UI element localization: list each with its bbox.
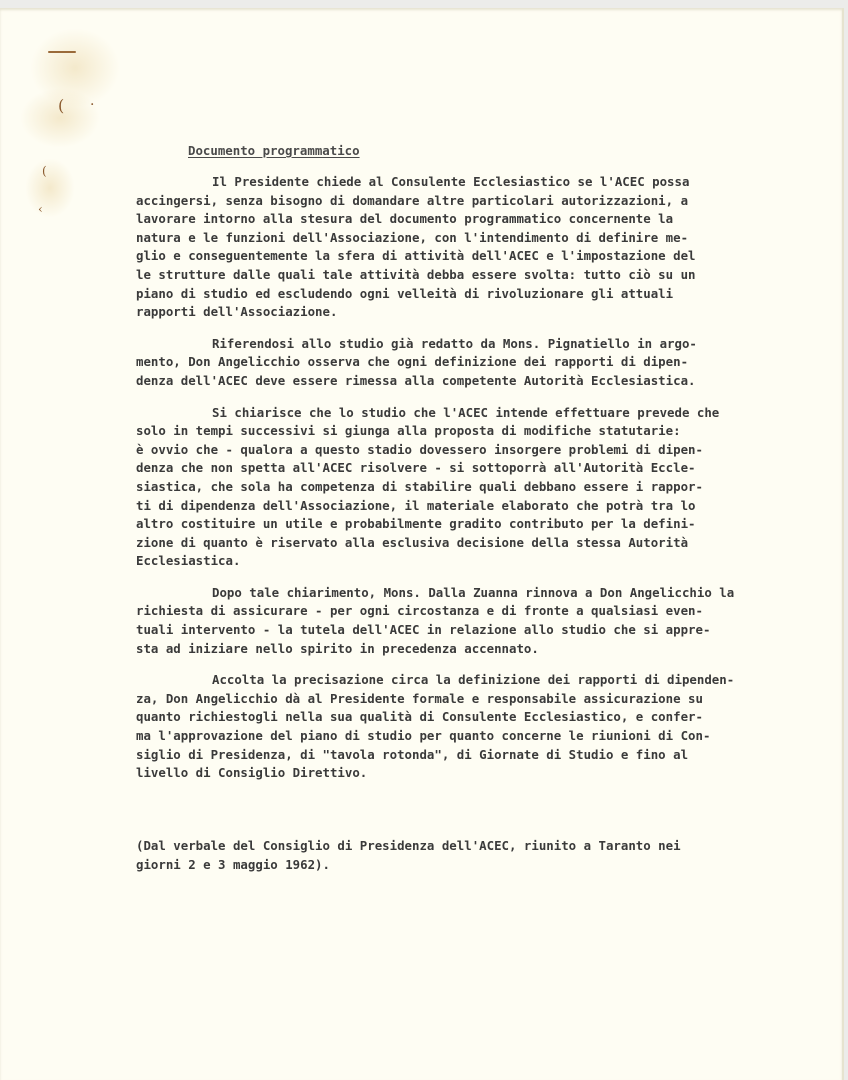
text-line: glio e conseguentemente la sfera di atti… [136, 247, 796, 266]
margin-mark: ‹ [38, 203, 43, 215]
text-line: natura e le funzioni dell'Associazione, … [136, 229, 796, 248]
text-line: zione di quanto è riservato alla esclusi… [136, 534, 796, 553]
text-line: giorni 2 e 3 maggio 1962). [136, 856, 796, 875]
text-line: siglio di Presidenza, di "tavola rotonda… [136, 746, 796, 765]
text-line: accingersi, senza bisogno di domandare a… [136, 192, 796, 211]
text-line: tuali intervento - la tutela dell'ACEC i… [136, 621, 796, 640]
text-line: richiesta di assicurare - per ogni circo… [136, 602, 796, 621]
text-line: rapporti dell'Associazione. [136, 303, 796, 322]
text-line: piano di studio ed escludendo ogni velle… [136, 285, 796, 304]
paragraph-1: Il Presidente chiede al Consulente Eccle… [136, 173, 796, 322]
text-line: siastica, che sola ha competenza di stab… [136, 478, 796, 497]
text-line: ma l'approvazione del piano di studio pe… [136, 727, 796, 746]
text-line: za, Don Angelicchio dà al Presidente for… [136, 690, 796, 709]
text-line: Ecclesiastica. [136, 552, 796, 571]
text-line: sta ad iniziare nello spirito in precede… [136, 640, 796, 659]
document-title: Documento programmatico [188, 141, 796, 160]
text-line: Accolta la precisazione circa la definiz… [136, 671, 796, 690]
text-line: (Dal verbale del Consiglio di Presidenza… [136, 837, 796, 856]
text-line: ti di dipendenza dell'Associazione, il m… [136, 497, 796, 516]
text-line: è ovvio che - qualora a questo stadio do… [136, 441, 796, 460]
source-note: (Dal verbale del Consiglio di Presidenza… [136, 837, 796, 874]
margin-mark: ( [42, 165, 47, 177]
text-line: lavorare intorno alla stesura del docume… [136, 210, 796, 229]
paragraph-4: Dopo tale chiarimento, Mons. Dalla Zuann… [136, 584, 796, 658]
text-line: quanto richiestogli nella sua qualità di… [136, 708, 796, 727]
text-line: denza che non spetta all'ACEC risolvere … [136, 459, 796, 478]
text-line: mento, Don Angelicchio osserva che ogni … [136, 353, 796, 372]
text-line: denza dell'ACEC deve essere rimessa alla… [136, 372, 796, 391]
document-body: Documento programmatico Il Presidente ch… [136, 141, 796, 796]
text-line: altro costituire un utile e probabilment… [136, 515, 796, 534]
text-line: Il Presidente chiede al Consulente Eccle… [136, 173, 796, 192]
paper-stain [25, 158, 75, 218]
paragraph-5: Accolta la precisazione circa la definiz… [136, 671, 796, 783]
text-line: solo in tempi successivi si giunga alla … [136, 422, 796, 441]
paragraph-3: Si chiarisce che lo studio che l'ACEC in… [136, 404, 796, 571]
margin-dash-mark [48, 51, 76, 53]
text-line: Dopo tale chiarimento, Mons. Dalla Zuann… [136, 584, 796, 603]
margin-mark: ( [58, 98, 64, 114]
text-line: Riferendosi allo studio già redatto da M… [136, 335, 796, 354]
margin-mark: · [90, 98, 94, 112]
text-line: livello di Consiglio Direttivo. [136, 764, 796, 783]
paragraph-2: Riferendosi allo studio già redatto da M… [136, 335, 796, 391]
text-line: le strutture dalle quali tale attività d… [136, 266, 796, 285]
document-page: ( · ( ‹ Documento programmatico Il Presi… [0, 8, 844, 1080]
text-line: Si chiarisce che lo studio che l'ACEC in… [136, 404, 796, 423]
